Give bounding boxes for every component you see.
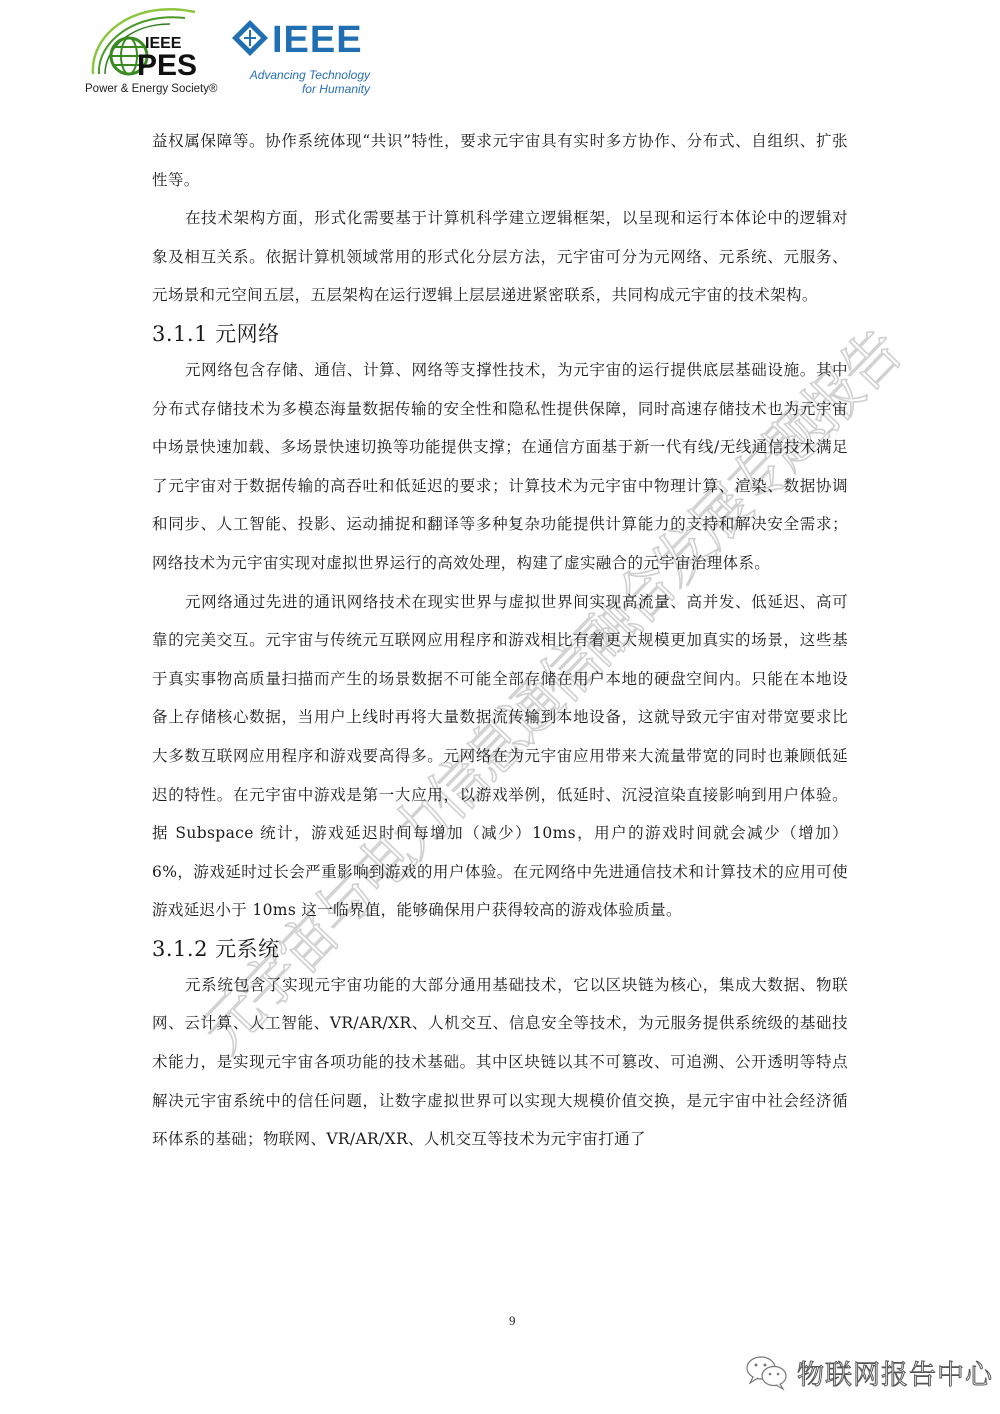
paragraph: 元网络包含存储、通信、计算、网络等支撑性技术，为元宇宙的运行提供底层基础设施。其… bbox=[152, 351, 848, 583]
footer-brand-text: 物联网报告中心 bbox=[797, 1353, 993, 1392]
paragraph: 益权属保障等。协作系统体现“共识”特性，要求元宇宙具有实时多方协作、分布式、自组… bbox=[152, 122, 848, 199]
ieee-tagline: Advancing Technology for Humanity bbox=[230, 68, 370, 96]
footer-brand: 物联网报告中心 bbox=[745, 1352, 993, 1392]
paragraph: 在技术架构方面，形式化需要基于计算机科学建立逻辑框架，以呈现和运行本体论中的逻辑… bbox=[152, 199, 848, 315]
section-heading: 3.1.1 元网络 bbox=[152, 317, 848, 351]
paragraph: 元系统包含了实现元宇宙功能的大部分通用基础技术，它以区块链为核心，集成大数据、物… bbox=[152, 966, 848, 1159]
pes-caption: Power & Energy Society® bbox=[85, 83, 217, 95]
globe-swoosh-icon: IEEE PES bbox=[85, 4, 220, 84]
document-body: 益权属保障等。协作系统体现“共识”特性，要求元宇宙具有实时多方协作、分布式、自组… bbox=[152, 122, 848, 1159]
page-number: 9 bbox=[509, 1313, 516, 1329]
paragraph: 元网络通过先进的通讯网络技术在现实世界与虚拟世界间实现高流量、高并发、低延迟、高… bbox=[152, 583, 848, 930]
section-heading: 3.1.2 元系统 bbox=[152, 932, 848, 966]
ieee-diamond-icon: IEEE bbox=[230, 18, 375, 63]
wechat-icon bbox=[745, 1353, 789, 1391]
ieee-logo: IEEE Advancing Technology for Humanity bbox=[230, 18, 375, 98]
ieee-pes-logo: IEEE PES Power & Energy Society® bbox=[85, 4, 220, 99]
svg-text:IEEE: IEEE bbox=[272, 19, 363, 61]
header-logos: IEEE PES Power & Energy Society® IEEE Ad… bbox=[85, 4, 375, 99]
svg-text:PES: PES bbox=[137, 49, 197, 82]
